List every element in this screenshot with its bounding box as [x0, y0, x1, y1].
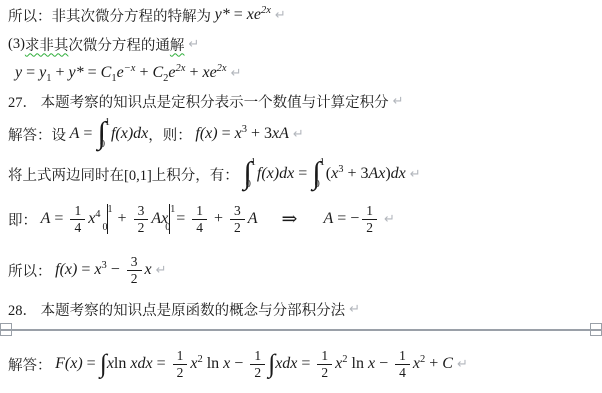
superscript: 4 — [95, 209, 100, 220]
math-italic-text: f(x) — [55, 261, 77, 279]
math-italic-text: xe — [247, 6, 261, 24]
solution-28-formula: 解答： F(x) = ∫xln xdx = 12x2 ln x − 12∫xdx… — [8, 338, 602, 390]
fraction-numerator: 3 — [134, 203, 149, 220]
math-italic-text: x — [335, 355, 342, 373]
spellcheck-squiggle-text: 求非其 — [25, 34, 69, 55]
fraction: 14 — [192, 203, 207, 235]
integral-limits: 10 — [252, 156, 256, 192]
math-italic-text: x — [368, 355, 375, 373]
superscript: 2x — [217, 63, 227, 74]
math-italic-text: xA — [272, 125, 289, 143]
fraction-numerator: 1 — [250, 348, 265, 365]
document-section-top: 所以：非其次微分方程的特解为 y* = xe2x↵(3)求非其次微分方程的通解↵… — [8, 0, 602, 322]
integral-lower-limit: 0 — [246, 179, 256, 190]
superscript: 2x — [176, 63, 186, 74]
math-italic-text: f(x)dx — [111, 125, 148, 143]
chinese-text: 所以： — [8, 260, 55, 281]
fraction-numerator: 3 — [127, 254, 142, 271]
math-italic-text: e — [117, 64, 124, 82]
fraction-numerator: 1 — [395, 348, 410, 365]
math-italic-text: xdx — [130, 355, 152, 373]
paragraph-return-mark: ↵ — [188, 37, 199, 52]
paragraph-return-mark: ↵ — [293, 127, 304, 142]
step-3-heading: (3)求非其次微分方程的通解↵ — [8, 30, 602, 58]
integrate-both-sides: 将上式两边同时在[0,1]上积分，有： ∫10f(x)dx = ∫10(x3 +… — [8, 154, 602, 194]
fraction-denominator: 2 — [127, 271, 142, 287]
solution-27-setup: 解答：设 A = ∫10f(x)dx，则： f(x) = x3 + 3xA↵ — [8, 114, 602, 154]
paragraph-return-mark: ↵ — [384, 212, 395, 227]
math-italic-text: C — [101, 64, 112, 82]
chinese-text: (3) — [8, 36, 25, 53]
math-italic-text: xe — [202, 64, 216, 82]
math-upright-text: = — [218, 125, 235, 143]
fraction-denominator: 4 — [70, 220, 85, 236]
chinese-text: 28． 本题考察的知识点是原函数的概念与分部积分法 — [8, 299, 345, 320]
superscript: 2x — [261, 5, 271, 16]
chinese-text: 解答：设 — [8, 124, 70, 145]
math-upright-text: = — [153, 355, 170, 373]
math-upright-text: + — [185, 64, 202, 82]
integral-with-limits: ∫10 — [97, 116, 110, 152]
integral-lower-limit: 0 — [100, 139, 110, 150]
integral-sign: ∫ — [100, 349, 107, 379]
fraction: 32 — [230, 203, 245, 235]
chinese-text: 将上式两边同时在[0,1]上积分，有： — [8, 164, 242, 185]
fraction-numerator: 3 — [230, 203, 245, 220]
fraction-denominator: 2 — [134, 220, 149, 236]
paragraph-return-mark: ↵ — [393, 94, 404, 109]
math-upright-text: ln — [114, 355, 130, 373]
math-upright-text: = — [50, 210, 67, 228]
math-italic-text: x — [190, 355, 197, 373]
math-italic-text: x — [223, 355, 230, 373]
fraction-denominator: 2 — [173, 365, 188, 381]
fraction: 12 — [317, 348, 332, 380]
math-upright-text: ln — [203, 355, 223, 373]
math-upright-text: = — [77, 261, 94, 279]
fraction-denominator: 2 — [362, 220, 377, 236]
math-italic-text: A — [41, 210, 51, 228]
math-italic-text: x — [94, 261, 101, 279]
page-divider — [0, 322, 602, 338]
math-upright-text: − — [107, 261, 124, 279]
fraction: 14 — [395, 348, 410, 380]
math-italic-text: y* — [215, 6, 230, 24]
evaluation-upper-limit: 1 — [170, 204, 175, 215]
spellcheck-squiggle-text: 解 — [170, 34, 185, 55]
math-italic-text: A — [70, 125, 80, 143]
fraction-numerator: 1 — [362, 203, 377, 220]
math-italic-text: y* — [69, 64, 84, 82]
chinese-text: ，则： — [148, 124, 195, 145]
solve-for-A: 即： A = 14x410 + 32Ax10= 14 + 32A⇒A = −12… — [8, 194, 602, 244]
superscript: 2 — [420, 354, 425, 365]
math-upright-text: + — [114, 210, 131, 228]
fraction-numerator: 1 — [173, 348, 188, 365]
chinese-text: 27． 本题考察的知识点是定积分表示一个数值与计算定积分 — [8, 91, 389, 112]
math-upright-text: = — [22, 64, 39, 82]
document-page[interactable]: 所以：非其次微分方程的特解为 y* = xe2x↵(3)求非其次微分方程的通解↵… — [0, 0, 602, 393]
subscript: 1 — [111, 73, 116, 84]
integral-upper-limit: 1 — [320, 157, 325, 168]
general-solution-formula: y = y1 + y* = C1e−x + C2e2x + xe2x↵ — [8, 58, 602, 88]
math-upright-text: + — [425, 355, 442, 373]
fraction: 14 — [70, 203, 85, 235]
math-upright-text: = — [230, 6, 247, 24]
integral-with-limits: ∫10 — [243, 156, 256, 192]
fraction-numerator: 1 — [317, 348, 332, 365]
math-upright-text: = — [294, 165, 311, 183]
integral-limits: 10 — [106, 116, 110, 152]
math-italic-text: x — [331, 165, 338, 183]
section-boundary-mark-right — [590, 323, 602, 336]
superscript: 2 — [342, 354, 347, 365]
paragraph-return-mark: ↵ — [410, 167, 421, 182]
math-italic-text: A — [248, 210, 258, 228]
fraction-denominator: 2 — [230, 220, 245, 236]
evaluation-upper-limit: 1 — [108, 204, 113, 215]
evaluation-bar-limits: 10 — [108, 204, 113, 234]
conclusion-f-x: 所以： f(x) = x3 − 32x↵ — [8, 244, 602, 296]
math-upright-text: + — [135, 64, 152, 82]
math-upright-text: = — [84, 64, 101, 82]
fraction: 12 — [173, 348, 188, 380]
subscript: 1 — [46, 73, 51, 84]
math-italic-text: e — [168, 64, 175, 82]
math-italic-text: y — [39, 64, 46, 82]
fraction-numerator: 1 — [192, 203, 207, 220]
chinese-text: 所以：非其次微分方程的特解为 — [8, 5, 215, 26]
math-upright-text: + 3 — [247, 125, 272, 143]
subscript: 2 — [163, 73, 168, 84]
fraction-numerator: 1 — [70, 203, 85, 220]
fraction: 12 — [250, 348, 265, 380]
math-upright-text: = — [176, 210, 189, 228]
math-italic-text: Ax — [368, 165, 385, 183]
integral-limits: 10 — [321, 156, 325, 192]
fraction-denominator: 2 — [250, 365, 265, 381]
fraction: 12 — [362, 203, 377, 235]
superscript: 2 — [197, 354, 202, 365]
integral-upper-limit: 1 — [251, 157, 256, 168]
implies-arrow: ⇒ — [282, 208, 298, 231]
paragraph-return-mark: ↵ — [349, 302, 360, 317]
paragraph-return-mark: ↵ — [231, 66, 242, 81]
evaluation-bar: 10 — [107, 204, 113, 234]
evaluation-lower-limit: 0 — [103, 222, 113, 233]
paragraph-return-mark: ↵ — [156, 263, 167, 278]
math-upright-text: + — [52, 64, 69, 82]
chinese-text: 即： — [8, 209, 41, 230]
fraction-denominator: 4 — [395, 365, 410, 381]
fraction: 32 — [127, 254, 142, 286]
superscript: 3 — [242, 124, 247, 135]
superscript: −x — [124, 63, 136, 74]
fraction: 32 — [134, 203, 149, 235]
integral-lower-limit: 0 — [315, 179, 325, 190]
math-italic-text: y — [15, 64, 22, 82]
math-upright-text: = — [79, 125, 96, 143]
math-italic-text: F(x) — [55, 355, 83, 373]
math-italic-text: f(x) — [195, 125, 217, 143]
integral-upper-limit: 1 — [105, 117, 110, 128]
integral-with-limits: ∫10 — [312, 156, 325, 192]
math-upright-text: ln — [348, 355, 368, 373]
math-italic-text: x — [107, 355, 114, 373]
math-upright-text: = − — [333, 210, 359, 228]
superscript: 3 — [101, 260, 106, 271]
math-italic-text: xdx — [275, 355, 297, 373]
chinese-text: 解答： — [8, 354, 55, 375]
chinese-text: 次微分方程的通 — [68, 34, 170, 55]
superscript: 3 — [338, 164, 343, 175]
math-italic-text: A — [323, 210, 333, 228]
problem-27-heading: 27． 本题考察的知识点是定积分表示一个数值与计算定积分↵ — [8, 88, 602, 114]
paragraph-return-mark: ↵ — [457, 357, 468, 372]
math-upright-text: + 3 — [343, 165, 368, 183]
math-upright-text: = — [83, 355, 100, 373]
conclusion-particular-solution: 所以：非其次微分方程的特解为 y* = xe2x↵ — [8, 0, 602, 30]
math-italic-text: x — [145, 261, 152, 279]
math-upright-text: = — [297, 355, 314, 373]
problem-28-heading: 28． 本题考察的知识点是原函数的概念与分部积分法↵ — [8, 296, 602, 322]
math-italic-text: C — [152, 64, 163, 82]
fraction-denominator: 2 — [317, 365, 332, 381]
math-italic-text: dx — [391, 165, 406, 183]
math-italic-text: x — [88, 210, 95, 228]
math-italic-text: f(x)dx — [257, 165, 294, 183]
fraction-denominator: 4 — [192, 220, 207, 236]
paragraph-return-mark: ↵ — [275, 8, 286, 23]
math-upright-text: − — [230, 355, 247, 373]
math-italic-text: C — [442, 355, 453, 373]
document-section-bottom: 解答： F(x) = ∫xln xdx = 12x2 ln x − 12∫xdx… — [8, 338, 602, 390]
evaluation-lower-limit: 0 — [165, 222, 175, 233]
math-upright-text: + — [210, 210, 227, 228]
evaluation-bar: 10 — [169, 204, 175, 234]
evaluation-bar-limits: 10 — [170, 204, 175, 234]
page-boundary-line — [0, 329, 602, 331]
math-italic-text: x — [413, 355, 420, 373]
math-upright-text: − — [375, 355, 392, 373]
math-italic-text: x — [235, 125, 242, 143]
